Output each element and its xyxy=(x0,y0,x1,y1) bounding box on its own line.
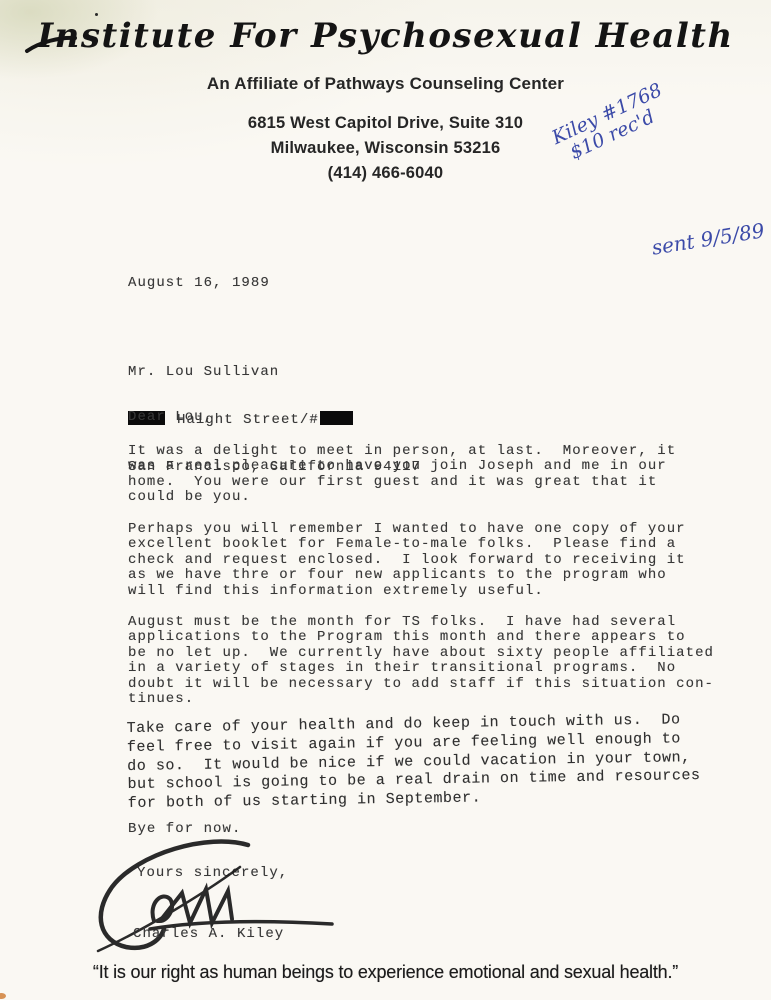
body-paragraph-4: Take care of your health and do keep in … xyxy=(127,711,701,814)
letterhead-phone: (414) 466-6040 xyxy=(0,164,771,183)
letterhead-address-line2: Milwaukee, Wisconsin 53216 xyxy=(0,139,771,158)
letterhead-org-name: Institute For Psychosexual Health xyxy=(0,16,771,56)
footer-motto: “It is our right as human beings to expe… xyxy=(0,962,771,983)
scanned-letter-page: Institute For Psychosexual Health An Aff… xyxy=(0,0,771,1000)
sign-off-line: Bye for now. xyxy=(128,822,241,837)
handwritten-sent-note: sent 9/5/89 xyxy=(650,218,766,259)
sender-typed-name: Charles A. Kiley xyxy=(133,927,284,942)
letter-date: August 16, 1989 xyxy=(128,276,270,291)
body-paragraph-3: August must be the month for TS folks. I… xyxy=(128,615,714,708)
salutation: Dear Lou, xyxy=(128,410,213,425)
recipient-name: Mr. Lou Sullivan xyxy=(128,365,421,380)
body-paragraph-1: It was a delight to meet in person, at l… xyxy=(128,444,676,506)
redaction-bar-apartment xyxy=(320,411,353,425)
paper-speck xyxy=(0,993,6,999)
body-paragraph-2: Perhaps you will remember I wanted to ha… xyxy=(128,522,686,599)
